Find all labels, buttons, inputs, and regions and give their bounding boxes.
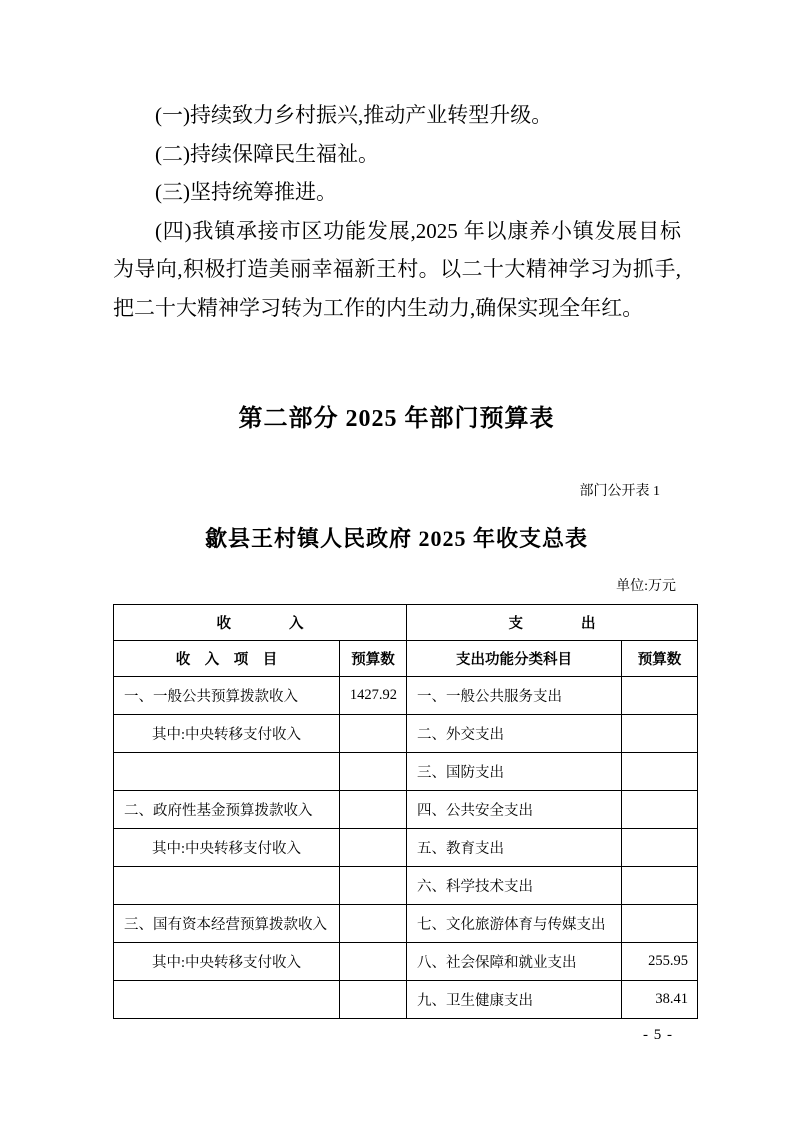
expense-item-header: 支出功能分类科目 [407, 641, 622, 677]
income-item-cell: 其中:中央转移支付收入 [114, 715, 340, 753]
table-row: 其中:中央转移支付收入 二、外交支出 [114, 715, 698, 753]
table-row: 其中:中央转移支付收入 五、教育支出 [114, 829, 698, 867]
table-note: 部门公开表 1 [580, 480, 661, 500]
income-item-cell: 一、一般公共预算拨款收入 [114, 677, 340, 715]
body-paragraphs: (一)持续致力乡村振兴,推动产业转型升级。 (二)持续保障民生福祉。 (三)坚持… [113, 96, 681, 327]
table-row: 六、科学技术支出 [114, 867, 698, 905]
unit-label: 单位:万元 [616, 575, 676, 595]
expense-item-cell: 一、一般公共服务支出 [407, 677, 622, 715]
expense-amount-cell [622, 753, 698, 791]
paragraph-item-1: (一)持续致力乡村振兴,推动产业转型升级。 [113, 96, 681, 135]
expense-amount-cell [622, 677, 698, 715]
expense-amount-cell [622, 791, 698, 829]
expense-item-cell: 八、社会保障和就业支出 [407, 943, 622, 981]
income-item-cell: 三、国有资本经营预算拨款收入 [114, 905, 340, 943]
expense-amount-cell: 255.95 [622, 943, 698, 981]
paragraph-item-3: (三)坚持统筹推进。 [113, 173, 681, 212]
section-heading: 第二部分 2025 年部门预算表 [0, 398, 793, 433]
income-amount-cell [340, 943, 407, 981]
expense-amount-cell [622, 867, 698, 905]
page-number: - 5 - [643, 1027, 673, 1044]
income-amount-header: 预算数 [340, 641, 407, 677]
expense-group-header: 支 出 [407, 605, 698, 641]
income-item-cell [114, 867, 340, 905]
income-amount-cell [340, 981, 407, 1019]
expense-amount-cell: 38.41 [622, 981, 698, 1019]
expense-item-cell: 二、外交支出 [407, 715, 622, 753]
income-amount-cell [340, 715, 407, 753]
paragraph-item-2: (二)持续保障民生福祉。 [113, 135, 681, 174]
income-item-cell [114, 981, 340, 1019]
table-row: 三、国有资本经营预算拨款收入 七、文化旅游体育与传媒支出 [114, 905, 698, 943]
income-item-cell: 二、政府性基金预算拨款收入 [114, 791, 340, 829]
table-row: 三、国防支出 [114, 753, 698, 791]
expense-amount-cell [622, 905, 698, 943]
table-row: 一、一般公共预算拨款收入 1427.92 一、一般公共服务支出 [114, 677, 698, 715]
income-amount-cell [340, 753, 407, 791]
expense-amount-cell [622, 715, 698, 753]
table-column-header-row: 收 入 项 目 预算数 支出功能分类科目 预算数 [114, 641, 698, 677]
income-amount-cell [340, 791, 407, 829]
expense-item-cell: 四、公共安全支出 [407, 791, 622, 829]
income-amount-cell [340, 867, 407, 905]
paragraph-item-4: (四)我镇承接市区功能发展,2025 年以康养小镇发展目标为导向,积极打造美丽幸… [113, 212, 681, 328]
income-item-header: 收 入 项 目 [114, 641, 340, 677]
table-row: 九、卫生健康支出 38.41 [114, 981, 698, 1019]
budget-table: 收 入 支 出 收 入 项 目 预算数 支出功能分类科目 预算数 一、一般公共预… [113, 604, 698, 1019]
income-amount-cell [340, 829, 407, 867]
income-item-cell: 其中:中央转移支付收入 [114, 943, 340, 981]
expense-item-cell: 三、国防支出 [407, 753, 622, 791]
income-item-cell: 其中:中央转移支付收入 [114, 829, 340, 867]
income-amount-cell [340, 905, 407, 943]
income-amount-cell: 1427.92 [340, 677, 407, 715]
expense-amount-cell [622, 829, 698, 867]
table-row: 其中:中央转移支付收入 八、社会保障和就业支出 255.95 [114, 943, 698, 981]
table-title: 歙县王村镇人民政府 2025 年收支总表 [0, 522, 793, 553]
table-row: 二、政府性基金预算拨款收入 四、公共安全支出 [114, 791, 698, 829]
expense-item-cell: 七、文化旅游体育与传媒支出 [407, 905, 622, 943]
income-item-cell [114, 753, 340, 791]
table-group-header-row: 收 入 支 出 [114, 605, 698, 641]
document-page: (一)持续致力乡村振兴,推动产业转型升级。 (二)持续保障民生福祉。 (三)坚持… [0, 0, 793, 1122]
expense-amount-header: 预算数 [622, 641, 698, 677]
income-group-header: 收 入 [114, 605, 407, 641]
expense-item-cell: 五、教育支出 [407, 829, 622, 867]
expense-item-cell: 六、科学技术支出 [407, 867, 622, 905]
expense-item-cell: 九、卫生健康支出 [407, 981, 622, 1019]
